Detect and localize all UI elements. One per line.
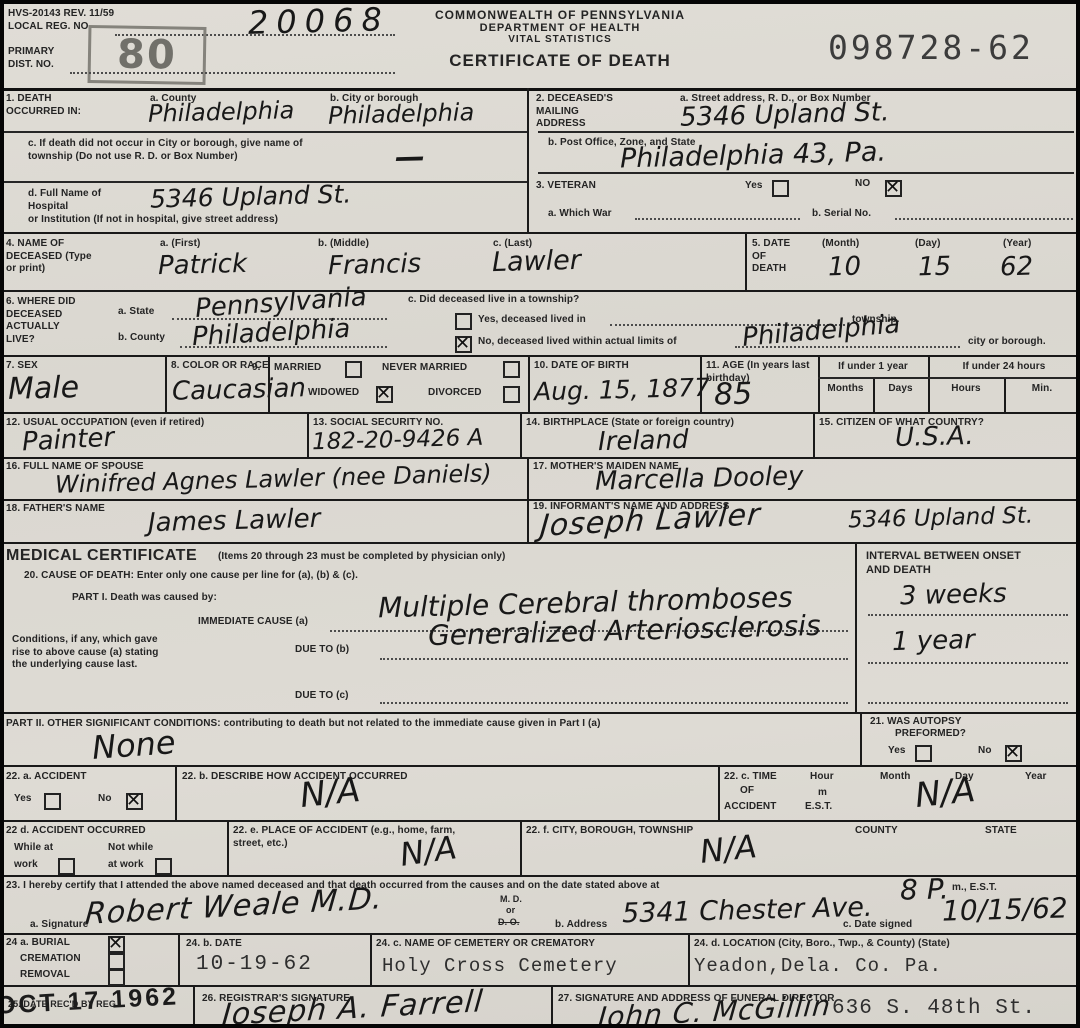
month-value: 10 — [828, 252, 862, 283]
address-label: b. Address — [555, 919, 607, 932]
first-name-label: a. (First) — [160, 238, 200, 251]
burial-date-value: 10-19-62 — [196, 953, 313, 976]
primary-dist-label: PRIMARY DIST. NO. — [8, 46, 68, 71]
widowed-checkbox — [376, 386, 393, 403]
immediate-cause-label: IMMEDIATE CAUSE (a) — [198, 616, 308, 629]
section-22-abc: 22. a. ACCIDENT Yes No 22. b. DESCRIBE H… — [0, 765, 1080, 822]
veteran-yes-label: Yes — [745, 180, 763, 193]
due-to-c-label: DUE TO (c) — [295, 690, 349, 703]
township-no-suffix: city or borough. — [968, 336, 1046, 349]
section-23: 23. I hereby certify that I attended the… — [0, 875, 1080, 935]
certificate-number: 098728-62 — [828, 28, 1034, 67]
race-value: Caucasian — [172, 373, 307, 406]
which-war-label: a. Which War — [548, 208, 612, 221]
township-question-label: c. Did deceased live in a township? — [408, 294, 579, 307]
part2-section-21: PART II. OTHER SIGNIFICANT CONDITIONS: c… — [0, 712, 1080, 767]
township-no-checkbox — [455, 336, 472, 353]
death-certificate-page: HVS-20143 REV. 11/59 LOCAL REG. NO. 2006… — [0, 0, 1080, 1028]
year-col-label: Year — [1025, 771, 1047, 784]
s24-number: 24 a. — [6, 937, 29, 948]
township-no-label: No, deceased lived within actual limits … — [478, 336, 677, 349]
while-at-work-checkbox — [58, 858, 75, 875]
removal-label: REMOVAL — [20, 969, 70, 982]
post-office-value: Philadelphia 43, Pa. — [620, 137, 887, 175]
at-work-label: at work — [108, 859, 144, 872]
autopsy-yes-checkbox — [915, 745, 932, 762]
vital-statistics-line: VITAL STATISTICS — [395, 34, 725, 47]
county6-label: b. County — [118, 332, 165, 345]
registrar-signature: Joseph A. Farrell — [221, 984, 485, 1028]
death-occurred-label: 1. DEATH OCCURRED IN: — [6, 93, 91, 118]
while-at-label: While at — [14, 842, 53, 855]
date-signed-label: c. Date signed — [843, 919, 912, 932]
hospital-label: d. Full Name of Hospital — [28, 188, 113, 213]
location-label: 24. d. LOCATION (City, Boro., Twp., & Co… — [694, 938, 950, 951]
do-label: D. O. — [498, 917, 520, 928]
not-while-at-work-checkbox — [155, 858, 172, 875]
time-of-accident-value: N/A — [913, 770, 977, 816]
informant-address: 5346 Upland St. — [848, 503, 1034, 534]
location-value: Yeadon,Dela. Co. Pa. — [694, 955, 942, 977]
part1-label: PART I. Death was caused by: — [72, 592, 217, 605]
or-label: or — [506, 905, 515, 916]
day-label: (Day) — [915, 238, 941, 251]
medical-certificate-title: MEDICAL CERTIFICATE — [6, 546, 197, 566]
hour-label: Hour — [810, 771, 834, 784]
local-reg-label: LOCAL REG. NO. — [8, 21, 91, 34]
mother-value: Marcella Dooley — [595, 461, 804, 496]
section-18-19: 18. FATHER'S NAME James Lawler 19. INFOR… — [0, 499, 1080, 544]
accident-label: 22. a. ACCIDENT — [6, 771, 87, 784]
city-borough-value: Philadelphia — [328, 98, 475, 130]
local-reg-value: 20068 — [248, 0, 391, 42]
never-married-checkbox — [503, 361, 520, 378]
cremation-label: CREMATION — [20, 953, 81, 966]
cemetery-value: Holy Cross Cemetery — [382, 955, 618, 977]
hours-label: Hours — [928, 383, 1004, 396]
interval-b-value: 1 year — [892, 625, 976, 657]
birthplace-value: Ireland — [598, 425, 689, 457]
state-label: a. State — [118, 306, 154, 319]
veteran-yes-checkbox — [772, 180, 789, 197]
married-checkbox — [345, 361, 362, 378]
place-of-accident-value: N/A — [398, 828, 459, 874]
describe-accident-value: N/A — [298, 770, 362, 816]
cremation-checkbox — [108, 953, 125, 970]
year-label: (Year) — [1003, 238, 1031, 251]
days-label: Days — [873, 383, 928, 396]
month-label: (Month) — [822, 238, 859, 251]
autopsy-yes-label: Yes — [888, 745, 906, 758]
married-label: MARRIED — [274, 362, 321, 375]
widowed-label: WIDOWED — [308, 387, 359, 400]
mailing-address-label: 2. DECEASED'S MAILING ADDRESS — [536, 93, 626, 131]
signature-label: a. Signature — [30, 919, 88, 932]
state-col-label: STATE — [985, 825, 1017, 838]
ssn-value: 182-20-9426 A — [312, 425, 484, 455]
city-borough-township-value: N/A — [698, 827, 758, 871]
date-received-stamp: OCT 17 1962 — [0, 982, 180, 1021]
section-6: 6. WHERE DID DECEASED ACTUALLY LIVE? a. … — [0, 290, 1080, 357]
sex-value: Male — [8, 370, 80, 407]
serial-no-label: b. Serial No. — [812, 208, 871, 221]
burial-checkbox — [108, 936, 125, 953]
name-of-deceased-label: 4. NAME OF DECEASED (Type or print) — [6, 238, 101, 276]
commonwealth-line: COMMONWEALTH OF PENNSYLVANIA — [395, 8, 725, 23]
last-name-value: Lawler — [492, 245, 582, 278]
funeral-director-address: 636 S. 48th St. — [832, 997, 1036, 1020]
primary-dist-stamp: 80 — [88, 25, 207, 85]
part2-value: None — [91, 723, 177, 767]
date-of-death-label: 5. DATE OF DEATH — [752, 238, 800, 276]
age-value: 85 — [714, 377, 753, 413]
under-24-hours-label: If under 24 hours — [928, 361, 1080, 374]
address-value: 5341 Chester Ave. — [622, 892, 873, 930]
month-col-label: Month — [880, 771, 911, 784]
section-16-17: 16. FULL NAME OF SPOUSE Winifred Agnes L… — [0, 457, 1080, 501]
conditions-note: Conditions, if any, which gave rise to a… — [12, 634, 167, 672]
township-yes-label: Yes, deceased lived in — [478, 314, 586, 327]
accident-no-label: No — [98, 793, 112, 806]
time-of-accident-label-2: OF — [740, 785, 754, 798]
street-address-value: 5346 Upland St. — [680, 97, 890, 132]
veteran-no-label: NO — [855, 178, 870, 191]
county-value: Philadelphia — [148, 96, 295, 128]
medical-certificate: MEDICAL CERTIFICATE (Items 20 through 23… — [0, 542, 1080, 714]
accident-yes-label: Yes — [14, 793, 32, 806]
s9-number: 9. — [252, 362, 261, 375]
citizen-value: U.S.A. — [895, 421, 974, 453]
year-value: 62 — [1000, 252, 1034, 283]
cause-of-death-label: 20. CAUSE OF DEATH: Enter only one cause… — [24, 570, 358, 583]
autopsy-label-2: PREFORMED? — [895, 728, 966, 741]
work-label: work — [14, 859, 38, 872]
section-7-11: 7. SEX Male 8. COLOR OR RACE Caucasian M… — [0, 355, 1080, 414]
section-4-5: 4. NAME OF DECEASED (Type or print) a. (… — [0, 232, 1080, 292]
est-label: E.S.T. — [805, 801, 832, 814]
day-value: 15 — [918, 252, 952, 283]
section-1-2-3: 1. DEATH OCCURRED IN: a. County Philadel… — [0, 88, 1080, 234]
m-label: m — [818, 787, 827, 800]
section-22-def: 22 d. ACCIDENT OCCURRED While at work No… — [0, 820, 1080, 877]
form-code: HVS-20143 REV. 11/59 — [8, 8, 114, 21]
interval-label: INTERVAL BETWEEN ONSET AND DEATH — [866, 550, 1046, 578]
date-signed-value: 10/15/62 — [942, 891, 1069, 927]
autopsy-no-checkbox — [1005, 745, 1022, 762]
divorced-checkbox — [503, 386, 520, 403]
dob-label: 10. DATE OF BIRTH — [534, 360, 629, 373]
accident-no-checkbox — [126, 793, 143, 810]
certificate-title: CERTIFICATE OF DEATH — [395, 50, 725, 71]
removal-checkbox — [108, 969, 125, 986]
min-label: Min. — [1004, 383, 1080, 396]
occupation-value: Painter — [21, 423, 115, 458]
father-label: 18. FATHER'S NAME — [6, 503, 105, 516]
township-yes-checkbox — [455, 313, 472, 330]
burial-date-label: 24. b. DATE — [186, 938, 242, 951]
accident-yes-checkbox — [44, 793, 61, 810]
time-of-accident-label-3: ACCIDENT — [724, 801, 776, 814]
medical-certificate-subtitle: (Items 20 through 23 must be completed b… — [218, 551, 505, 564]
never-married-label: NEVER MARRIED — [382, 362, 467, 375]
county-col-label: COUNTY — [855, 825, 898, 838]
hospital-label-2: or Institution (If not in hospital, give… — [28, 214, 278, 227]
dob-value: Aug. 15, 1877 — [534, 373, 711, 407]
under-1-year-label: If under 1 year — [818, 361, 928, 374]
not-while-label: Not while — [108, 842, 153, 855]
section-25-26-27: 25. DATE REC'D BY REG. OCT 17 1962 26. R… — [0, 985, 1080, 1028]
autopsy-label-1: 21. WAS AUTOPSY — [870, 716, 962, 729]
father-value: James Lawler — [148, 504, 321, 539]
cemetery-label: 24. c. NAME OF CEMETERY OR CREMATORY — [376, 938, 595, 951]
veteran-label: 3. VETERAN — [536, 180, 596, 193]
first-name-value: Patrick — [158, 249, 248, 281]
where-lived-label: 6. WHERE DID DECEASED ACTUALLY LIVE? — [6, 296, 86, 346]
md-label: M. D. — [500, 894, 522, 905]
due-to-b-label: DUE TO (b) — [295, 644, 349, 657]
autopsy-no-label: No — [978, 745, 992, 758]
interval-a-value: 3 weeks — [900, 579, 1007, 612]
veteran-no-checkbox — [885, 180, 902, 197]
middle-name-label: b. (Middle) — [318, 238, 369, 251]
header: HVS-20143 REV. 11/59 LOCAL REG. NO. 2006… — [0, 0, 1080, 91]
divorced-label: DIVORCED — [428, 387, 482, 400]
city-borough-township-label: 22. f. CITY, BOROUGH, TOWNSHIP — [526, 825, 693, 838]
township-label: c. If death did not occur in City or bor… — [28, 138, 338, 163]
section-24: 24 a. BURIAL CREMATION REMOVAL 24. b. DA… — [0, 933, 1080, 987]
hospital-value: 5346 Upland St. — [150, 179, 352, 213]
accident-occurred-label: 22 d. ACCIDENT OCCURRED — [6, 825, 146, 838]
time-of-accident-label-1: 22. c. TIME — [724, 771, 777, 784]
months-label: Months — [818, 383, 873, 396]
describe-accident-label: 22. b. DESCRIBE HOW ACCIDENT OCCURRED — [182, 771, 408, 784]
section-12-15: 12. USUAL OCCUPATION (even if retired) P… — [0, 412, 1080, 459]
township-value: — — [395, 140, 426, 176]
middle-name-value: Francis — [328, 249, 422, 281]
burial-label: BURIAL — [32, 937, 70, 948]
